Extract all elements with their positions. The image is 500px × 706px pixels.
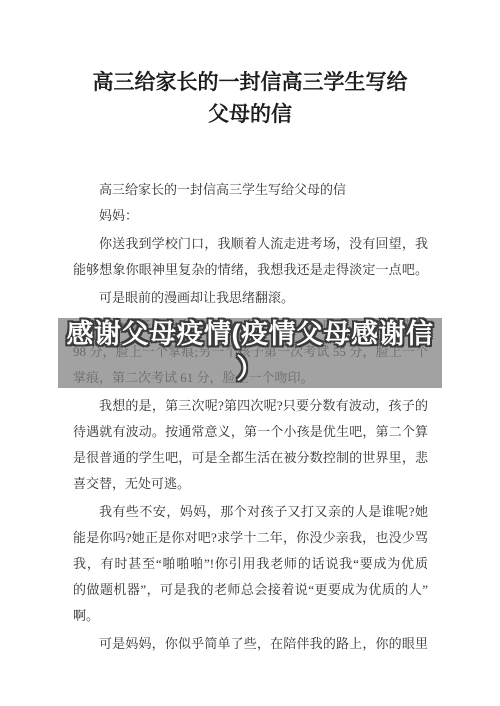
- watermark-title-line-2: ）: [0, 352, 500, 387]
- text-line: 我，有时甚至“啪啪啪”!你引用我老师的话说我“要成为优质: [73, 551, 428, 577]
- text-line: 我想的是，第三次呢?第四次呢?只要分数有波动，孩子的: [73, 393, 428, 419]
- text-line: 能是你吗?她正是你对吧?求学十二年，你没少亲我，也没少骂: [73, 525, 428, 551]
- body-heading: 高三给家长的一封信高三学生写给父母的信: [73, 177, 428, 203]
- text-line: 是很普通的学生吧，可是全都生活在被分数控制的世界里，悲: [73, 445, 428, 471]
- text-line: 喜交替，无处可逃。: [73, 471, 428, 497]
- text-line: 待遇就有波动。按通常意义，第一个小孩是优生吧，第二个算: [73, 419, 428, 445]
- salutation: 妈妈：: [73, 203, 428, 229]
- paragraph: 我想的是，第三次呢?第四次呢?只要分数有波动，孩子的 待遇就有波动。按通常意义，…: [73, 393, 428, 497]
- text-line: 可是眼前的漫画却让我思绪翻滚。: [73, 285, 428, 311]
- paragraph: 可是妈妈，你似乎简单了些，在陪伴我的路上，你的眼里: [73, 631, 428, 657]
- text-line: 你送我到学校门口，我顺着人流走进考场，没有回望，我: [73, 231, 428, 257]
- paragraph: 我有些不安，妈妈，那个对孩子又打又亲的人是谁呢?她可 能是你吗?她正是你对吧?求…: [73, 499, 428, 629]
- text-line: 啊。: [73, 603, 428, 629]
- document-page: 高三给家长的一封信高三学生写给 父母的信 高三给家长的一封信高三学生写给父母的信…: [0, 0, 500, 706]
- paragraph: 可是眼前的漫画却让我思绪翻滚。: [73, 285, 428, 311]
- paragraph: 你送我到学校门口，我顺着人流走进考场，没有回望，我 能够想象你眼神里复杂的情绪，…: [73, 231, 428, 283]
- text-line: 的做题机器”，可是我的老师总会接着说“更要成为优质的人”: [73, 577, 428, 603]
- text-line: 能够想象你眼神里复杂的情绪，我想我还是走得淡定一点吧。: [73, 257, 428, 283]
- text-line: 我有些不安，妈妈，那个对孩子又打又亲的人是谁呢?她可: [73, 499, 428, 525]
- page-title: 高三给家长的一封信高三学生写给 父母的信: [30, 66, 470, 130]
- watermark-title: 感谢父母疫情(疫情父母感谢信 ）: [0, 317, 500, 387]
- text-line: 可是妈妈，你似乎简单了些，在陪伴我的路上，你的眼里: [73, 631, 428, 657]
- letter-body: 高三给家长的一封信高三学生写给父母的信 妈妈： 你送我到学校门口，我顺着人流走进…: [73, 177, 428, 657]
- watermark-title-line-1: 感谢父母疫情(疫情父母感谢信: [0, 317, 500, 352]
- page-title-line-2: 父母的信: [30, 98, 470, 130]
- page-title-line-1: 高三给家长的一封信高三学生写给: [30, 66, 470, 98]
